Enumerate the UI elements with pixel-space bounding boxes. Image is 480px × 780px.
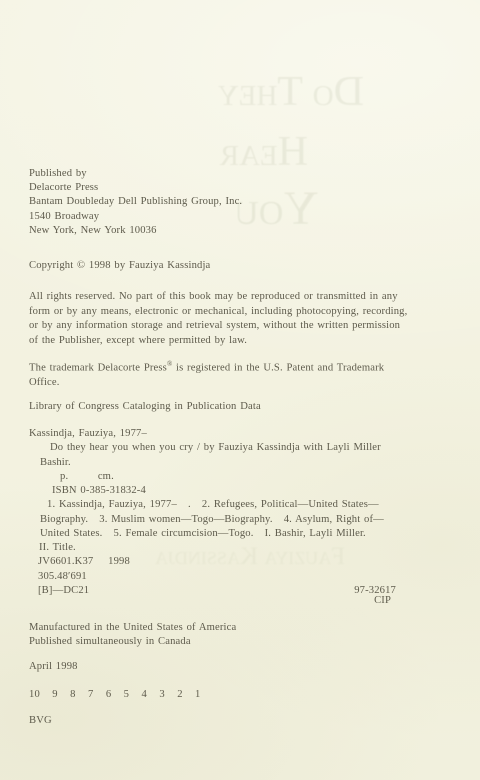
trademark-paragraph: The trademark Delacorte Press® is regist… — [29, 357, 384, 391]
publisher-line: Published by — [29, 167, 242, 181]
publisher-address-block: Published by Delacorte Press Bantam Doub… — [29, 167, 242, 238]
cip-title-line: Bashir. — [29, 456, 396, 470]
cip-dc21-label: [B]—DC21 — [38, 584, 89, 598]
lccn-heading-line: Library of Congress Cataloging in Public… — [29, 400, 261, 414]
cip-title-line: Do they hear you when you cry / by Fauzi… — [29, 441, 396, 455]
cataloging-in-publication-block: Kassindja, Fauziya, 1977– Do they hear y… — [29, 427, 396, 608]
copyright-page: Do They Hear You Fauziya Kassindja Publi… — [0, 0, 480, 780]
cip-dewey-number: 305.48′691 — [29, 570, 396, 584]
printing-numbers: 10 9 8 7 6 5 4 3 2 1 — [29, 688, 201, 702]
trademark-line: The trademark Delacorte Press® is regist… — [29, 357, 384, 376]
publication-date: April 1998 — [29, 660, 78, 674]
cip-added-entry: II. Title. — [29, 541, 396, 555]
publication-date-line: April 1998 — [29, 660, 78, 674]
library-of-congress-heading: Library of Congress Cataloging in Public… — [29, 400, 261, 414]
cip-subject-line: Biography. 3. Muslim women—Togo—Biograph… — [29, 513, 396, 527]
printer-code: BVG — [29, 714, 52, 728]
cip-isbn-line: ISBN 0-385-31832-4 — [29, 484, 396, 498]
trademark-text: The trademark Delacorte Press — [29, 363, 167, 374]
publisher-line: New York, New York 10036 — [29, 224, 242, 238]
printer-code-line: BVG — [29, 714, 52, 728]
cip-main-entry: Kassindja, Fauziya, 1977– — [29, 427, 396, 441]
manufacture-block: Manufactured in the United States of Ame… — [29, 621, 236, 649]
cip-collation-line: p. cm. — [29, 470, 396, 484]
rights-line: form or by any means, electronic or mech… — [29, 305, 407, 320]
rights-line: All rights reserved. No part of this boo… — [29, 290, 407, 305]
cip-subject-line: United States. 5. Female circumcision—To… — [29, 527, 396, 541]
rights-reserved-paragraph: All rights reserved. No part of this boo… — [29, 290, 407, 348]
cip-call-number: JV6601.K37 1998 — [29, 555, 396, 569]
trademark-text: is registered in the U.S. Patent and Tra… — [172, 363, 384, 374]
cip-subject-line: 1. Kassindja, Fauziya, 1977– . 2. Refuge… — [29, 498, 396, 512]
manufacture-line: Manufactured in the United States of Ame… — [29, 621, 236, 635]
publisher-line: Delacorte Press — [29, 181, 242, 195]
publisher-line: Bantam Doubleday Dell Publishing Group, … — [29, 195, 242, 209]
trademark-line: Office. — [29, 376, 384, 391]
manufacture-line: Published simultaneously in Canada — [29, 635, 236, 649]
copyright-notice: Copyright © 1998 by Fauziya Kassindja — [29, 259, 210, 273]
rights-line: of the Publisher, except where permitted… — [29, 334, 407, 349]
rights-line: or by any information storage and retrie… — [29, 319, 407, 334]
printing-number-line: 10 9 8 7 6 5 4 3 2 1 — [29, 688, 201, 702]
copyright-line: Copyright © 1998 by Fauziya Kassindja — [29, 259, 210, 273]
ghost-title-line-1: Do They — [138, 70, 370, 114]
publisher-line: 1540 Broadway — [29, 210, 242, 224]
